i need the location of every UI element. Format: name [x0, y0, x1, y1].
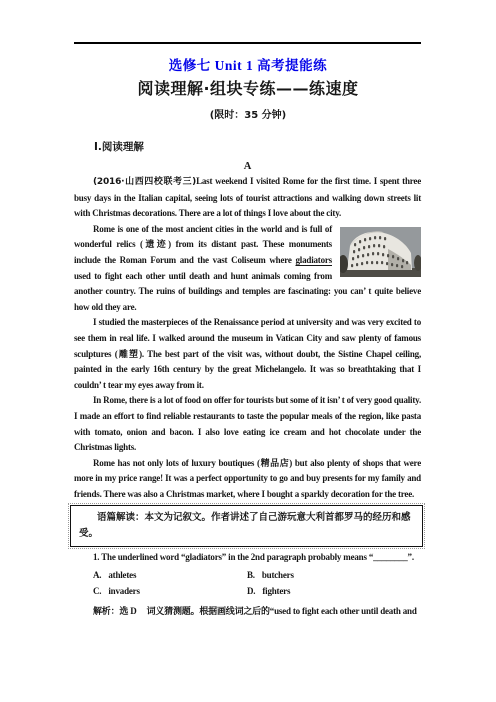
option-d-key: D. [247, 586, 255, 596]
analysis-label: 解析： [93, 607, 119, 617]
underlined-word-gladiators: gladiators [295, 255, 332, 265]
question-1-analysis: 解析：选 D词义猜测题。根据画线词之后的“used to fight each … [74, 604, 421, 621]
analysis-text-en: “used to fight each other until death an… [270, 606, 417, 616]
page-title: 阅读理解·组块专练——练速度 [0, 79, 496, 99]
analysis-text-zh: 词义猜测题。根据画线词之后的 [147, 607, 270, 617]
passage-paragraph-5: Rome has not only lots of luxury boutiqu… [74, 456, 421, 503]
colosseum-photo [340, 227, 421, 277]
passage-paragraph-3: I studied the masterpieces of the Renais… [74, 315, 421, 393]
header-rule [74, 42, 421, 44]
passage-paragraph-4: In Rome, there is a lot of food on offer… [74, 393, 421, 455]
passage-source: (2016·山西四校联考三) [93, 177, 196, 187]
page-content: Ⅰ.阅读理解 A (2016·山西四校联考三)Last weekend I vi… [74, 140, 421, 621]
option-a-key: A. [93, 570, 101, 580]
passage-paragraph-2-text-before: Rome is one of the most ancient cities i… [74, 224, 332, 265]
option-c: C.invaders [93, 583, 247, 599]
option-b: B.butchers [247, 567, 421, 583]
option-d-text: fighters [262, 586, 290, 596]
question-1-blank: ________ [373, 552, 407, 562]
option-b-key: B. [247, 570, 255, 580]
option-c-text: invaders [108, 586, 139, 596]
passage-paragraph-2: Rome is one of the most ancient cities i… [74, 222, 421, 316]
option-c-key: C. [93, 586, 101, 596]
option-a: A.athletes [93, 567, 247, 583]
analysis-answer: 选 D [119, 606, 136, 616]
section-heading: Ⅰ.阅读理解 [74, 140, 421, 155]
document-page: 选修七 Unit 1 高考提能练 阅读理解·组块专练——练速度 (限时：35 分… [0, 0, 496, 702]
option-b-text: butchers [262, 570, 294, 580]
question-1-stem-suffix: ”. [408, 552, 414, 562]
passage-paragraph-1: (2016·山西四校联考三)Last weekend I visited Rom… [74, 174, 421, 222]
unit-title: 选修七 Unit 1 高考提能练 [0, 57, 496, 74]
question-1-options: A.athletes B.butchers C.invaders D.fight… [74, 567, 421, 599]
option-a-text: athletes [108, 570, 136, 580]
summary-box-label: 语篇解读： [97, 512, 145, 523]
passage-label: A [74, 159, 421, 174]
question-1-stem: 1. The underlined word “gladiators” in t… [74, 550, 421, 566]
option-d: D.fighters [247, 583, 421, 599]
passage-summary-box: 语篇解读：本文为记叙文。作者讲述了自己游玩意大利首都罗马的经历和感受。 [70, 505, 423, 547]
time-limit: (限时：35 分钟) [0, 109, 496, 122]
question-1-stem-prefix: 1. The underlined word “gladiators” in t… [93, 552, 373, 562]
